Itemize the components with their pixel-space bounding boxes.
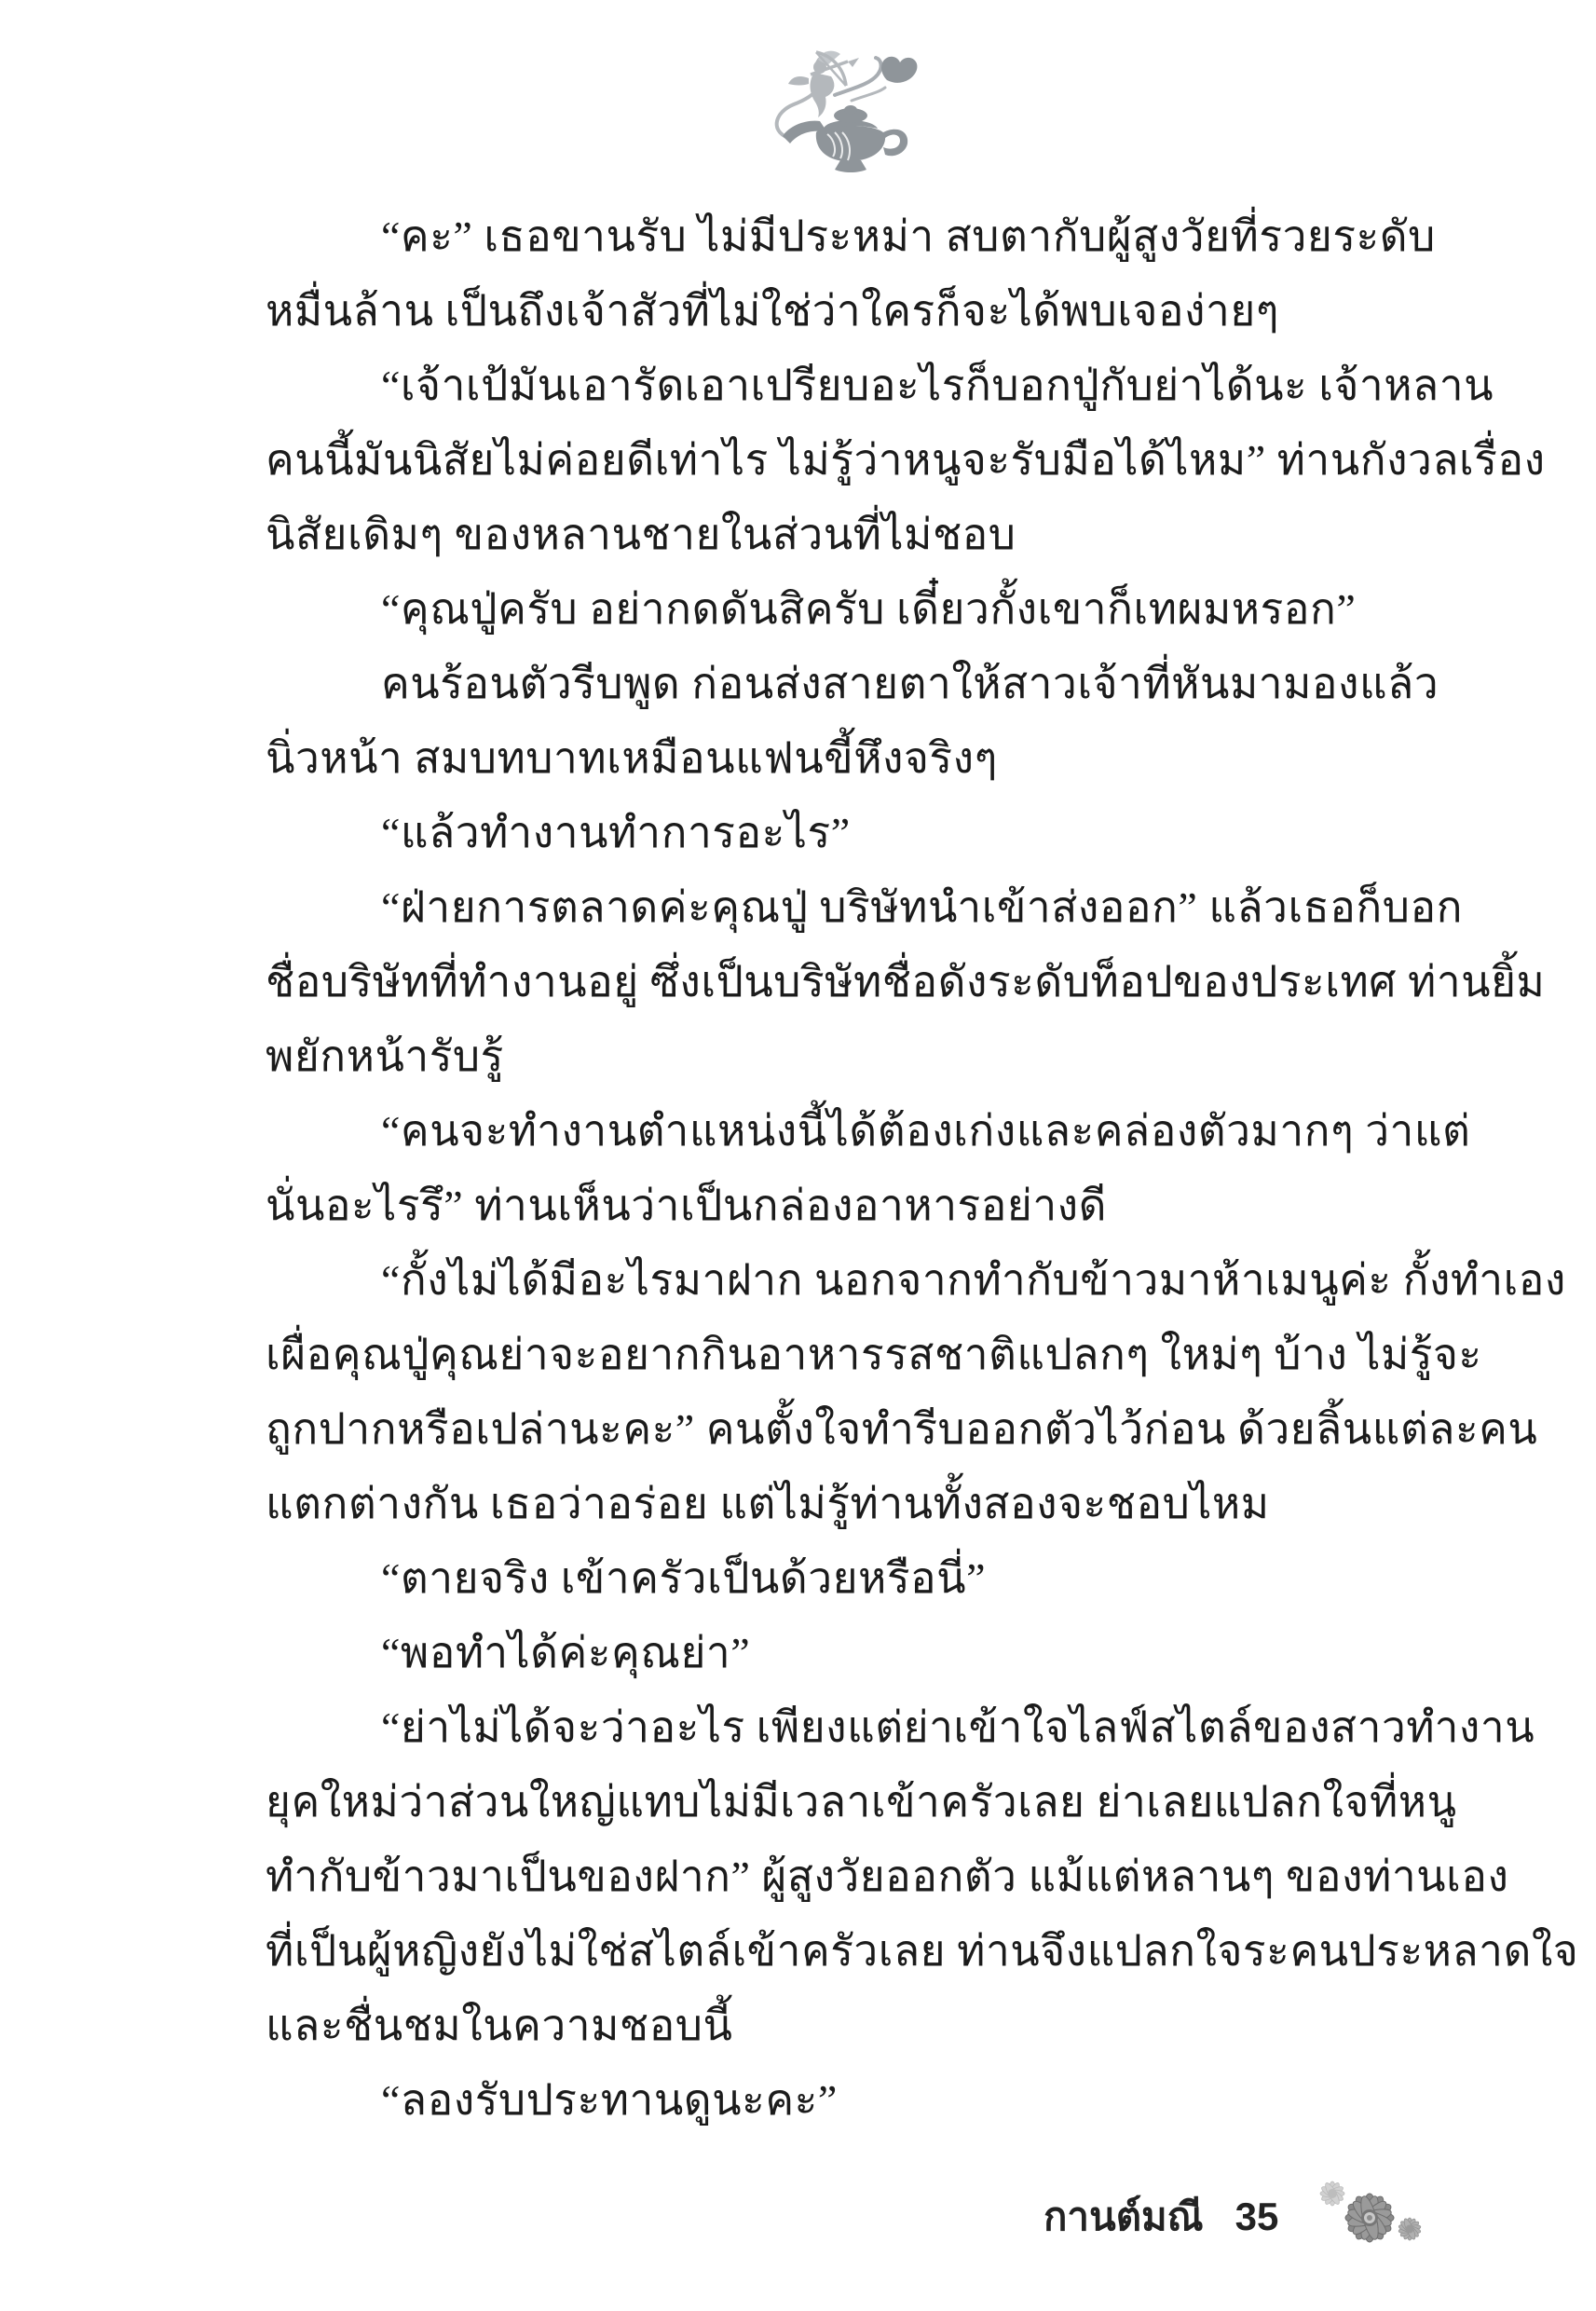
text-line: “เจ้าเป้มันเอารัดเอาเปรียบอะไรก็บอกปู่กั… <box>266 349 1477 423</box>
text-line: นิ่วหน้า สมบทบาทเหมือนแฟนขี้หึงจริงๆ <box>266 721 1477 796</box>
text-line: “คนจะทำงานตำแหน่งนี้ได้ต้องเก่งและคล่องต… <box>266 1094 1477 1169</box>
text-line: แตกต่างกัน เธอว่าอร่อย แต่ไม่รู้ท่านทั้ง… <box>266 1467 1477 1541</box>
text-line: คนร้อนตัวรีบพูด ก่อนส่งสายตาให้สาวเจ้าที… <box>266 647 1477 721</box>
page-footer: กานต์มณี35 <box>0 2173 1596 2276</box>
text-line: “แล้วทำงานทำการอะไร” <box>266 796 1477 870</box>
text-line: ถูกปากหรือเปล่านะคะ” คนตั้งใจทำรีบออกตัว… <box>266 1392 1477 1467</box>
text-line: ทำกับข้าวมาเป็นของฝาก” ผู้สูงวัยออกตัว แ… <box>266 1839 1477 1914</box>
text-line: “ลองรับประทานดูนะคะ” <box>266 2063 1477 2138</box>
daisy-flower <box>1320 2181 1345 2207</box>
heart-icon <box>881 57 917 83</box>
footer-page-number: 35 <box>1235 2195 1279 2238</box>
magic-lamp-icon <box>762 47 930 177</box>
text-line: “พอทำได้ค่ะคุณย่า” <box>266 1616 1477 1690</box>
text-line: พยักหน้ารับรู้ <box>266 1019 1477 1094</box>
text-line: “กั้งไม่ได้มีอะไรมาฝาก นอกจากทำกับข้าวมา… <box>266 1243 1477 1318</box>
text-line: “ย่าไม่ได้จะว่าอะไร เพียงแต่ย่าเข้าใจไลฟ… <box>266 1690 1477 1765</box>
book-page: “คะ” เธอขานรับ ไม่มีประหม่า สบตากับผู้สู… <box>0 0 1596 2311</box>
lamp-cupid-ornament <box>762 47 930 177</box>
text-line: “ตายจริง เข้าครัวเป็นด้วยหรือนี่” <box>266 1541 1477 1616</box>
footer-text: กานต์มณี35 <box>1044 2186 1278 2248</box>
text-line: ที่เป็นผู้หญิงยังไม่ใช่สไตล์เข้าครัวเลย … <box>266 1914 1477 1989</box>
body-text: “คะ” เธอขานรับ ไม่มีประหม่า สบตากับผู้สู… <box>266 199 1477 2138</box>
text-line: นิสัยเดิมๆ ของหลานชายในส่วนที่ไม่ชอบ <box>266 498 1477 572</box>
text-line: นั่นอะไรรึ” ท่านเห็นว่าเป็นกล่องอาหารอย่… <box>266 1169 1477 1243</box>
text-line: ชื่อบริษัทที่ทำงานอยู่ ซึ่งเป็นบริษัทชื่… <box>266 945 1477 1019</box>
text-line: “ฝ่ายการตลาดค่ะคุณปู่ บริษัทนำเข้าส่งออก… <box>266 870 1477 945</box>
text-line: “คุณปู่ครับ อย่ากดดันสิครับ เดี๋ยวกั้งเข… <box>266 572 1477 647</box>
footer-book-title: กานต์มณี <box>1044 2195 1204 2238</box>
text-line: หมื่นล้าน เป็นถึงเจ้าสัวที่ไม่ใช่ว่าใครก… <box>266 274 1477 349</box>
text-line: เผื่อคุณปู่คุณย่าจะอยากกินอาหารรสชาติแปล… <box>266 1318 1477 1392</box>
large-flower <box>1344 2193 1394 2242</box>
small-flower <box>1398 2218 1422 2241</box>
text-line: และชื่นชมในความชอบนี้ <box>266 1989 1477 2063</box>
text-line: คนนี้มันนิสัยไม่ค่อยดีเท่าไร ไม่รู้ว่าหน… <box>266 423 1477 498</box>
text-line: “คะ” เธอขานรับ ไม่มีประหม่า สบตากับผู้สู… <box>266 199 1477 274</box>
text-line: ยุคใหม่ว่าส่วนใหญ่แทบไม่มีเวลาเข้าครัวเล… <box>266 1765 1477 1839</box>
flower-ornament-icon <box>1301 2169 1431 2266</box>
lamp-body <box>783 105 907 172</box>
